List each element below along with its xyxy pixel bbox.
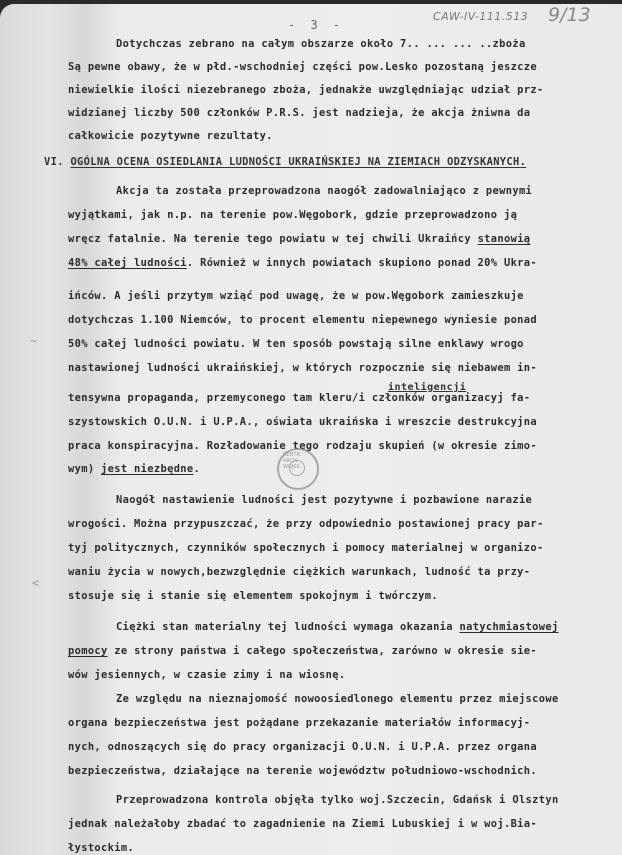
text-line: dotychczas 1.100 Niemców, to procent ele…	[68, 314, 537, 326]
margin-mark: <	[32, 576, 39, 590]
archive-reference: CAW-IV-111.513	[433, 10, 528, 23]
text-line: jednak należałoby zbadać to zagadnienie …	[68, 818, 537, 830]
page-number: - 3 -	[288, 18, 344, 32]
text-line: Ze względu na nieznajomość nowoosiedlone…	[116, 693, 559, 705]
text-line: Dotychczas zebrano na całym obszarze oko…	[116, 38, 526, 50]
text-line: Są pewne obawy, że w płd.-wschodniej czę…	[68, 61, 537, 73]
text-line: Ciężki stan materialny tej ludności wyma…	[116, 621, 559, 633]
text-line: szystowskich O.U.N. i U.P.A., oświata uk…	[68, 416, 537, 428]
text-line: organa bezpieczeństwa jest pożądane prze…	[68, 717, 530, 729]
text-line: 50% całej ludności powiatu. W ten sposób…	[68, 338, 524, 350]
text-line: stosuje się i stanie się elementem spoko…	[68, 590, 438, 602]
text-line: wów jesiennych, w czasie zimy i na wiosn…	[68, 669, 345, 681]
section-heading: VI. OGÓLNA OCENA OSIEDLANIA LUDNOŚCI UKR…	[44, 156, 526, 168]
margin-mark: ~	[30, 334, 37, 348]
text-line: niewielkie ilości niezebranego zboża, je…	[68, 84, 544, 96]
text-line: nych, odnoszących się do pracy organizac…	[68, 741, 537, 753]
text-line: łystockim.	[68, 842, 134, 854]
text-line: wym) jest niezbędne.	[68, 463, 200, 475]
text-line: bezpieczeństwa, działające na terenie wo…	[68, 765, 537, 777]
document-page: - 3 - CAW-IV-111.513 9/13 Dotychczas zeb…	[0, 4, 622, 855]
archive-sheet-number: 9/13	[548, 4, 591, 26]
text-line: całkowicie pozytywne rezultaty.	[68, 130, 273, 142]
text-line: widzianej liczby 500 członków P.R.S. jes…	[68, 107, 530, 119]
text-line: Naogół nastawienie ludności jest pozytyw…	[116, 494, 532, 506]
text-line: wrogości. Można przypuszczać, że przy od…	[68, 518, 544, 530]
text-line: wyjątkami, jak n.p. na terenie pow.Węgob…	[68, 209, 517, 221]
archive-stamp: CENTR. ARCH. WOJSK.	[277, 448, 319, 490]
text-line: tensywna propaganda, przemyconego tam kl…	[68, 392, 530, 404]
text-line: waniu życia w nowych,bezwzględnie ciężki…	[68, 566, 530, 578]
text-line: wręcz fatalnie. Na terenie tego powiatu …	[68, 233, 530, 245]
text-line: tyj politycznych, czynników społecznych …	[68, 542, 544, 554]
text-line: Przeprowadzona kontrola objęła tylko woj…	[116, 794, 559, 806]
section-number: VI.	[44, 156, 64, 168]
text-line: ińców. A jeśli przytym wziąć pod uwagę, …	[68, 290, 524, 302]
text-line: nastawionej ludności ukraińskiej, w któr…	[68, 362, 537, 374]
section-title: OGÓLNA OCENA OSIEDLANIA LUDNOŚCI UKRAIŃS…	[70, 156, 526, 168]
text-line: Akcja ta została przeprowadzona naogół z…	[116, 185, 532, 197]
text-line: 48% całej ludności. Również w innych pow…	[68, 257, 537, 269]
text-line: pomocy ze strony państwa i całego społec…	[68, 645, 537, 657]
